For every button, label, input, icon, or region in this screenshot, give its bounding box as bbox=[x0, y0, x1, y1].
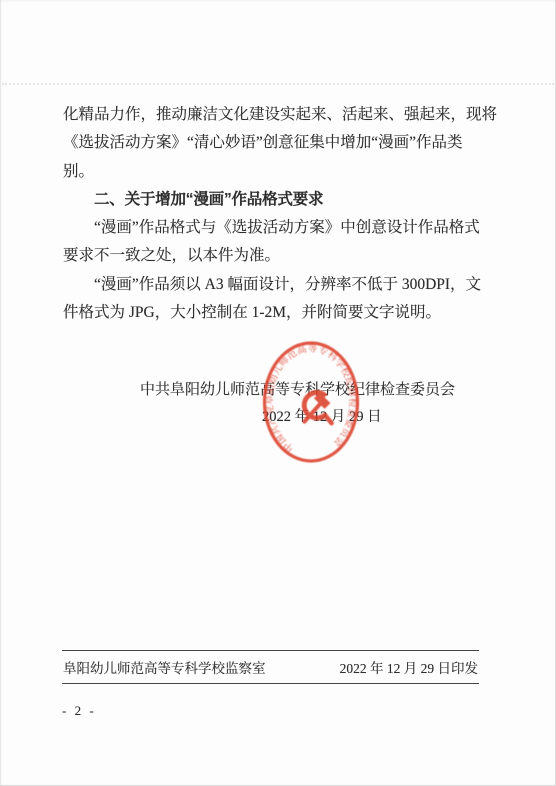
party-emblem-icon bbox=[304, 393, 331, 424]
section-heading: 二、关于增加“漫画”作品格式要求 bbox=[63, 186, 501, 214]
page-number: - 2 - bbox=[62, 703, 96, 719]
scan-artifact-line bbox=[2, 83, 554, 85]
colophon-print-date: 2022 年 12 月 29 日印发 bbox=[340, 657, 478, 677]
body-text-line: 别。 bbox=[63, 158, 501, 186]
body-text-line: 化精品力作，推动廉洁文化建设实起来、活起来、强起来，现将 bbox=[63, 101, 501, 129]
body-text-line: 要求不一致之处，以本件为准。 bbox=[63, 242, 501, 270]
body-text-line: 《选拔活动方案》“清心妙语”创意征集中增加“漫画”作品类 bbox=[63, 129, 501, 157]
colophon-issuer: 阜阳幼儿师范高等专科学校监察室 bbox=[63, 657, 266, 677]
body-text-line: “漫画”作品须以 A3 幅面设计，分辨率不低于 300DPI，文 bbox=[63, 271, 501, 299]
scanned-document-page: 化精品力作，推动廉洁文化建设实起来、活起来、强起来，现将 《选拔活动方案》“清心… bbox=[0, 0, 556, 786]
body-text-line: 件格式为 JPG，大小控制在 1-2M，并附简要文字说明。 bbox=[63, 299, 501, 327]
body-text-line: “漫画”作品格式与《选拔活动方案》中创意设计作品格式 bbox=[63, 214, 501, 242]
colophon-rule-top bbox=[62, 650, 479, 651]
colophon-rule-bottom bbox=[62, 683, 479, 684]
official-seal: 中国共产党阜阳幼儿师范高等专科学校纪律检查委员会 bbox=[260, 339, 362, 465]
document-body: 化精品力作，推动廉洁文化建设实起来、活起来、强起来，现将 《选拔活动方案》“清心… bbox=[63, 101, 501, 327]
